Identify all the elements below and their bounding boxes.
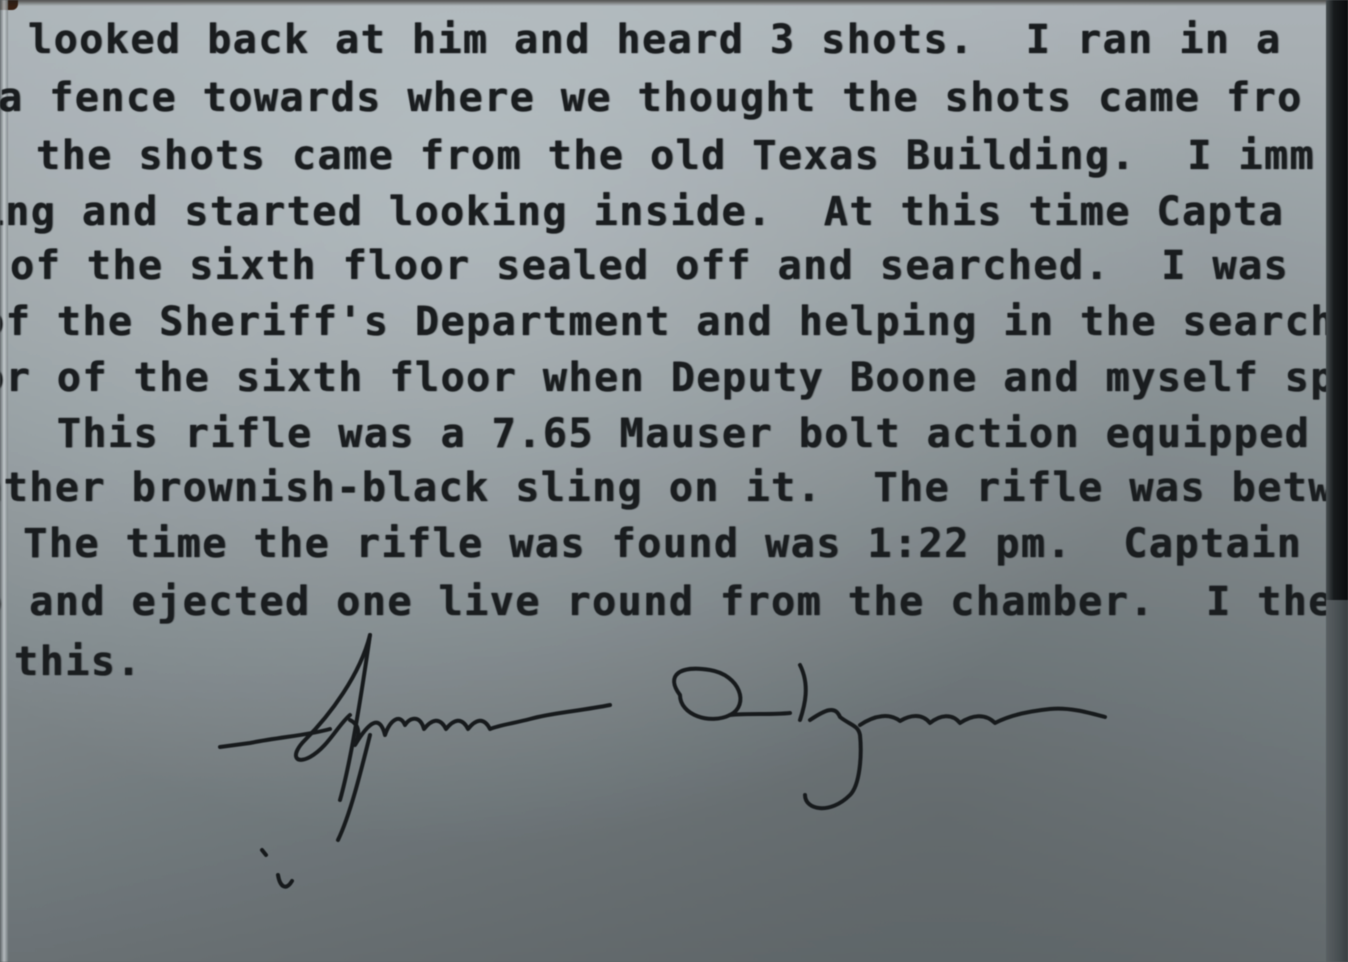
text-line-9: ather brownish-black sling on it. The ri… [0, 460, 1334, 516]
text-line-11: o and ejected one live round from the ch… [0, 574, 1334, 630]
handwritten-signature [210, 625, 1130, 915]
text-line-5: of the sixth floor sealed off and search… [10, 238, 1289, 294]
text-line-6: of the Sheriff's Department and helping … [0, 294, 1336, 350]
text-line-4: ding and started looking inside. At this… [0, 184, 1284, 240]
text-line-10: The time the rifle was found was 1:22 pm… [0, 516, 1302, 572]
text-line-12: this. [14, 634, 142, 690]
text-line-1: looked back at him and heard 3 shots. I … [28, 12, 1282, 68]
signature-strokes [210, 625, 1130, 915]
text-line-2: a fence towards where we thought the sho… [0, 70, 1303, 126]
text-line-3: the shots came from the old Texas Buildi… [36, 128, 1315, 184]
document-photo: looked back at him and heard 3 shots. I … [0, 0, 1348, 962]
text-line-7: or of the sixth floor when Deputy Boone … [0, 350, 1336, 406]
top-edge-shadow [0, 0, 1348, 6]
text-line-8: . This rifle was a 7.65 Mauser bolt acti… [0, 406, 1310, 462]
paper-right-edge-lower [1326, 600, 1348, 962]
typed-text-block: looked back at him and heard 3 shots. I … [0, 8, 1348, 652]
